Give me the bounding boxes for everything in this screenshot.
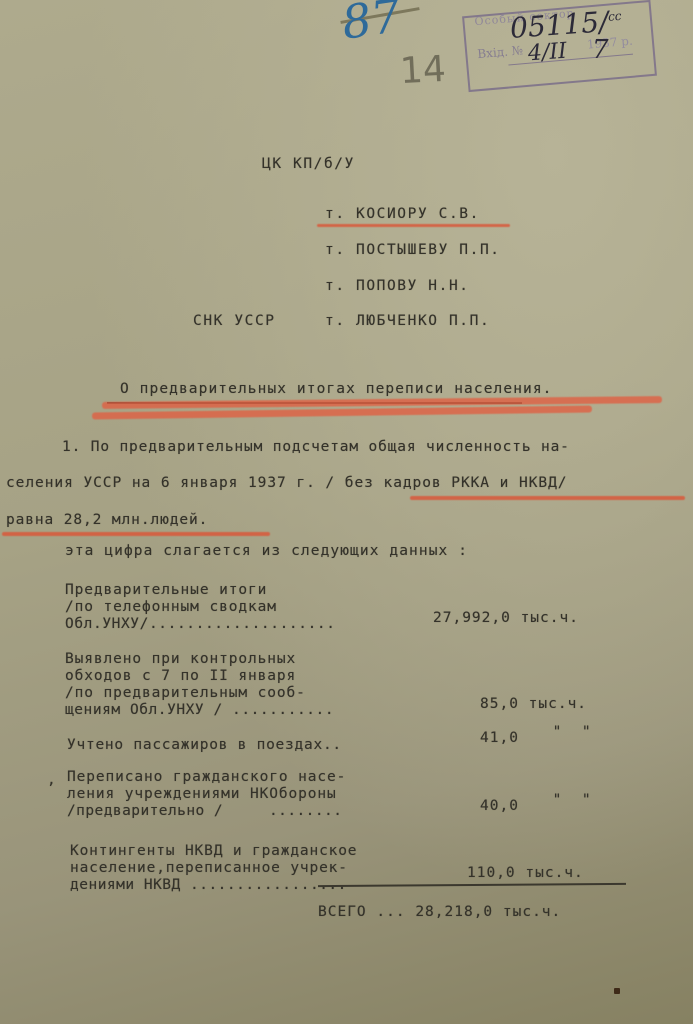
recipient-2: т. ПОСТЫШЕВУ П.П. — [325, 242, 501, 258]
row-2-line-4: щениям Обл.УНХУ / ........... — [65, 702, 334, 718]
recipient-1: т. КОСИОРУ С.В. — [325, 206, 480, 222]
paragraph-line-4: эта цифра слагается из следующих данных … — [65, 543, 468, 559]
sum-line — [318, 883, 626, 887]
row-2-unit: тыс.ч. — [529, 696, 587, 712]
row-3-line-1: Учтено пассажиров в поездах.. — [67, 737, 342, 753]
total-row: ВСЕГО ... 28,218,0 тыс.ч. — [318, 904, 561, 920]
stamp-divider — [508, 54, 633, 66]
red-underline-line-2 — [410, 496, 685, 500]
red-underline-line-3 — [2, 532, 270, 536]
blue-crayon-mark: 87 — [339, 0, 404, 50]
total-unit: тыс.ч. — [503, 904, 561, 920]
total-value: 28,218,0 — [415, 904, 493, 920]
row-1-value: 27,992,0 тыс.ч. — [433, 610, 579, 626]
ink-spot — [614, 988, 620, 994]
row-2-value-number: 85,0 — [480, 696, 519, 712]
red-underline-recipient-1 — [317, 224, 510, 227]
row-4-value: 40,0 " " — [480, 798, 592, 814]
row-4-line-1: Переписано гражданского насе- — [67, 769, 346, 785]
stamp-handwritten-date: 4/II — [527, 39, 567, 67]
row-2-line-3: /по предварительным сооб- — [65, 685, 306, 701]
row-2-line-1: Выявлено при контрольных — [65, 651, 296, 667]
recipient-3: т. ПОПОВУ Н.Н. — [325, 278, 470, 294]
row-4-line-2: ления учреждениями НКОбороны — [67, 786, 337, 802]
row-2-line-2: обходов с 7 по II января — [65, 668, 296, 684]
row-5-line-2: население,переписанное учрек- — [70, 860, 348, 876]
paragraph-line-1: 1. По предварительным подсчетам общая чи… — [62, 439, 570, 455]
row-5-line-3: дениями НКВД ................. — [70, 877, 347, 893]
archival-document-page: 87 14 Особый сектор Вхід. № 1937 р. 0511… — [0, 0, 693, 1024]
row-5-value: 110,0 тыс.ч. — [467, 865, 584, 881]
paragraph-line-2: селения УССР на 6 января 1937 г. / без к… — [6, 475, 567, 491]
row-3-value-number: 41,0 — [480, 730, 519, 746]
addressee-org-2: СНК УССР — [193, 313, 276, 329]
row-5-value-number: 110,0 — [467, 865, 516, 881]
paragraph-line-3: равна 28,2 млн.людей. — [6, 512, 208, 528]
addressee-org-1: ЦК КП/б/У — [262, 156, 355, 172]
row-1-line-1: Предварительные итоги — [65, 582, 267, 598]
recipient-4: т. ЛЮБЧЕНКО П.П. — [325, 313, 490, 329]
row-3-unit: " " — [553, 724, 592, 740]
row-4-bullet: , — [47, 772, 57, 788]
row-3-value: 41,0 " " — [480, 730, 592, 746]
row-2-value: 85,0 тыс.ч. — [480, 696, 587, 712]
stamp-superscript: сс — [608, 9, 622, 24]
stamp-label: Вхід. № — [477, 43, 524, 61]
row-4-line-3: /предварительно / ........ — [67, 803, 342, 819]
row-4-value-number: 40,0 — [480, 798, 519, 814]
row-1-line-2: /по телефонным сводкам — [65, 599, 277, 615]
row-1-unit: тыс.ч. — [521, 610, 579, 626]
row-4-unit: " " — [553, 792, 592, 808]
total-label: ВСЕГО ... — [318, 904, 406, 920]
row-5-unit: тыс.ч. — [525, 865, 583, 881]
row-1-line-3: Обл.УНХУ/.................... — [65, 616, 336, 632]
row-1-value-number: 27,992,0 — [433, 610, 511, 626]
row-5-line-1: Контингенты НКВД и гражданское — [70, 843, 357, 859]
stamp-handwritten-extra: 7 — [592, 35, 609, 65]
document-title: О предварительных итогах переписи населе… — [120, 381, 553, 397]
pencil-page-number: 14 — [399, 49, 447, 92]
